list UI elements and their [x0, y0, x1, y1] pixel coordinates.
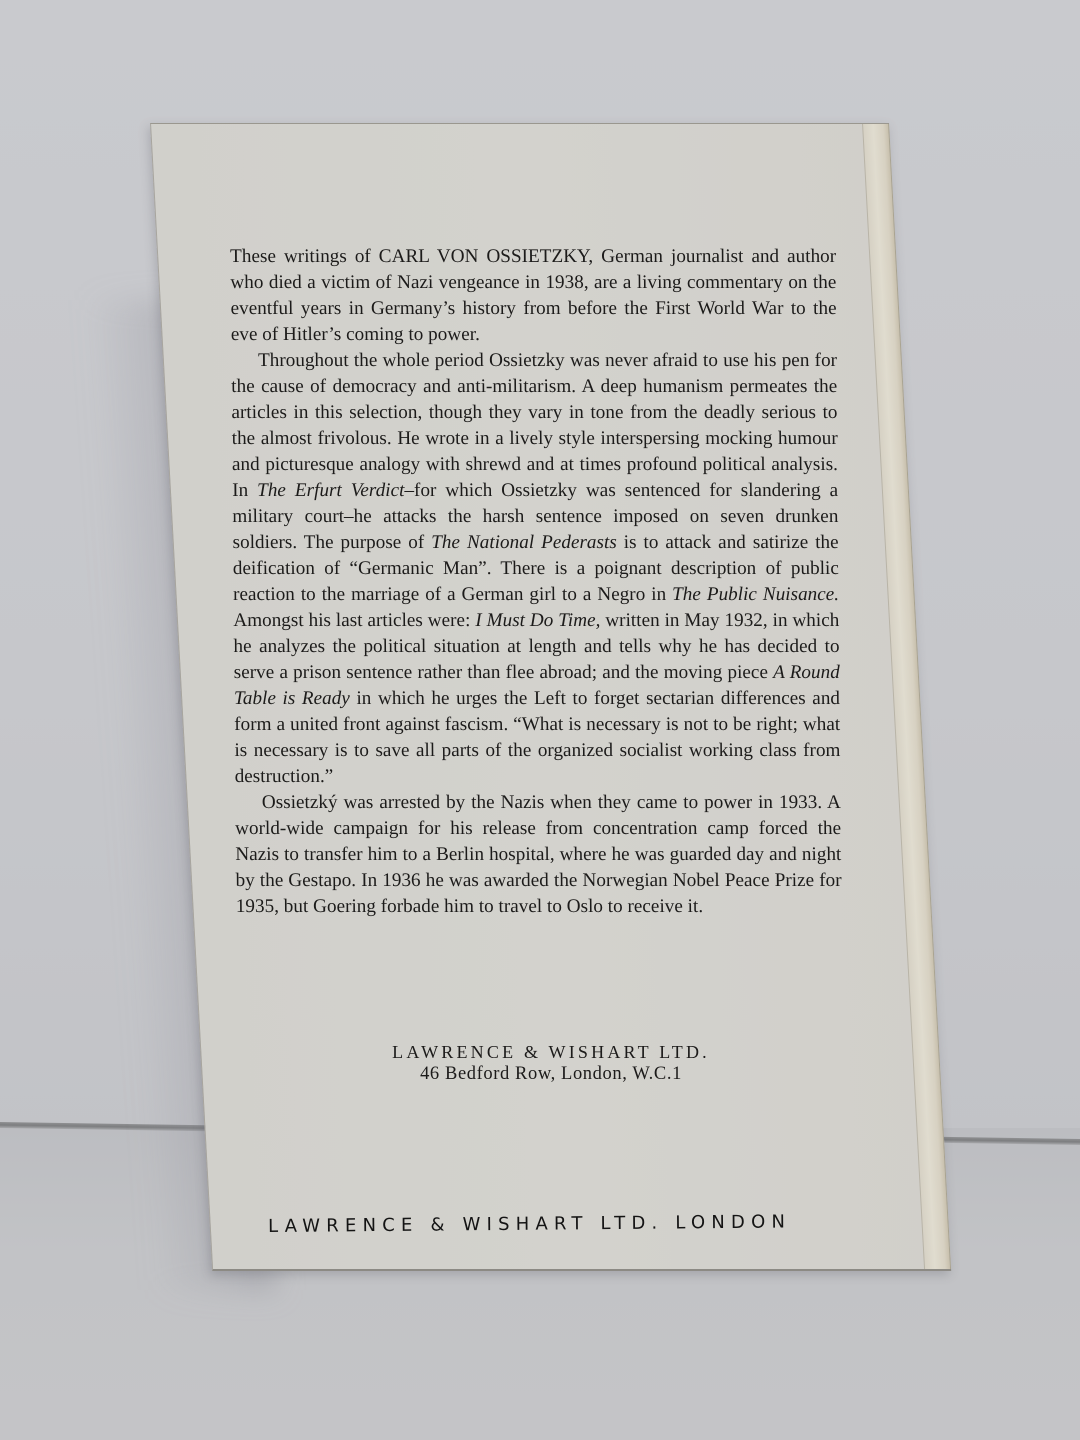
- imprint-publisher-name: LAWRENCE & WISHART LTD.: [236, 1041, 866, 1063]
- article-title: The Public Nuisance.: [672, 584, 839, 605]
- blurb-paragraph-2: Throughout the whole period Ossietzky wa…: [231, 348, 841, 790]
- blurb-paragraph-3: Ossietzký was arrested by the Nazis when…: [235, 790, 842, 920]
- text-segment: Throughout the whole period Ossietzky wa…: [231, 350, 838, 501]
- blurb-paragraph-1: These writings of CARL VON OSSIETZKY, Ge…: [230, 244, 837, 348]
- article-title: The Erfurt Verdict: [257, 480, 404, 501]
- text-segment: These writings of CARL VON OSSIETZKY, Ge…: [230, 246, 837, 345]
- blurb-text: These writings of CARL VON OSSIETZKY, Ge…: [230, 244, 842, 920]
- publisher-imprint: LAWRENCE & WISHART LTD. 46 Bedford Row, …: [236, 1041, 866, 1085]
- article-title: The National Pederasts: [431, 532, 617, 553]
- text-segment: Amongst his last articles were:: [233, 610, 475, 631]
- text-segment: Ossietzký was arrested by the Nazis when…: [235, 792, 842, 917]
- article-title: I Must Do Time,: [475, 610, 600, 631]
- imprint-address: 46 Bedford Row, London, W.C.1: [236, 1063, 866, 1085]
